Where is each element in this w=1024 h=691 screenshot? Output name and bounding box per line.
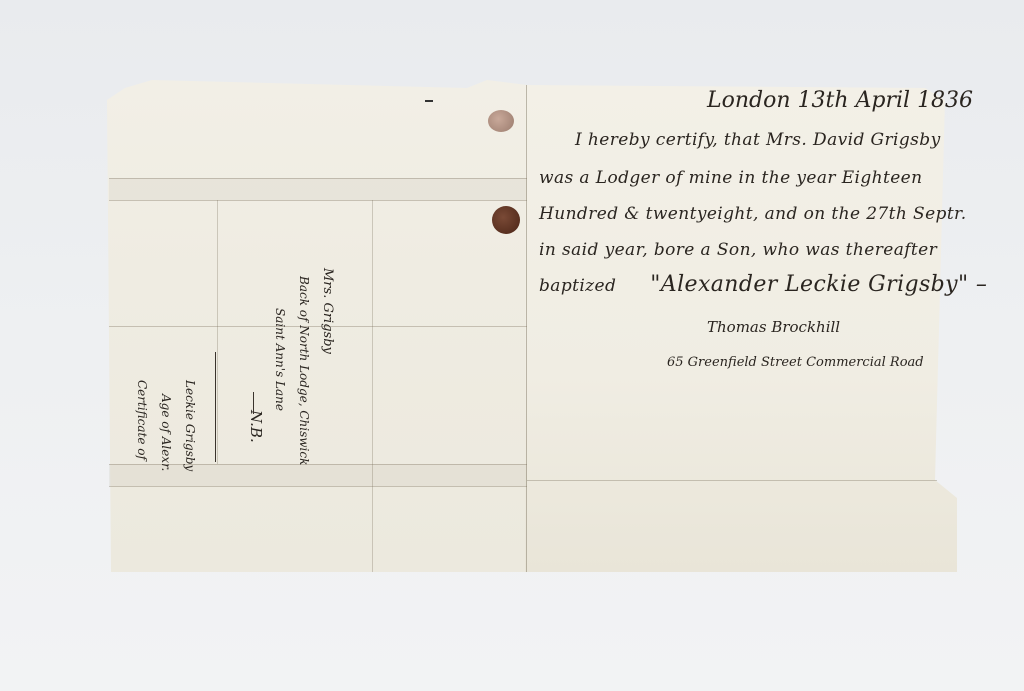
ink-mark bbox=[425, 100, 433, 102]
baptized-word: baptized bbox=[539, 276, 616, 296]
signature: Thomas Brockhill bbox=[707, 318, 840, 336]
body-line-1: I hereby certify, that Mrs. David Grigsb… bbox=[575, 130, 941, 150]
docket-nb: N.B. bbox=[247, 410, 265, 443]
fold-crease bbox=[109, 486, 527, 487]
child-name: "Alexander Leckie Grigsby" – bbox=[650, 272, 987, 297]
wax-seal-remnant bbox=[488, 110, 514, 132]
fold-band-top bbox=[109, 178, 527, 200]
fold-crease bbox=[527, 480, 937, 481]
fold-crease bbox=[372, 200, 373, 572]
fold-crease bbox=[109, 200, 527, 201]
fold-crease bbox=[109, 326, 527, 327]
docket-address-line-2: Saint Ann's Lane bbox=[273, 308, 287, 411]
flourish-stroke bbox=[215, 352, 216, 462]
sender-address: 65 Greenfield Street Commercial Road bbox=[667, 355, 924, 370]
endorsement-line-1: Certificate of bbox=[135, 380, 149, 460]
body-line-4: in said year, bore a Son, who was therea… bbox=[539, 240, 937, 260]
wax-seal bbox=[492, 206, 520, 234]
body-line-5: baptized"Alexander Leckie Grigsby" – bbox=[539, 272, 987, 297]
center-fold bbox=[526, 85, 527, 572]
fold-crease bbox=[217, 200, 218, 464]
letter-document: London 13th April 1836 I hereby certify,… bbox=[107, 80, 957, 572]
docket-address-line-1: Back of North Lodge, Chiswick bbox=[297, 276, 311, 465]
endorsement-line-2: Age of Alexr. bbox=[159, 394, 173, 471]
fold-crease bbox=[109, 178, 527, 179]
docket-recipient: Mrs. Grigsby bbox=[320, 268, 335, 354]
body-line-3: Hundred & twentyeight, and on the 27th S… bbox=[539, 204, 967, 224]
endorsement-line-3: Leckie Grigsby bbox=[183, 380, 197, 471]
body-line-2: was a Lodger of mine in the year Eightee… bbox=[539, 168, 922, 188]
flourish-stroke bbox=[253, 392, 254, 414]
date-line: London 13th April 1836 bbox=[707, 88, 973, 113]
